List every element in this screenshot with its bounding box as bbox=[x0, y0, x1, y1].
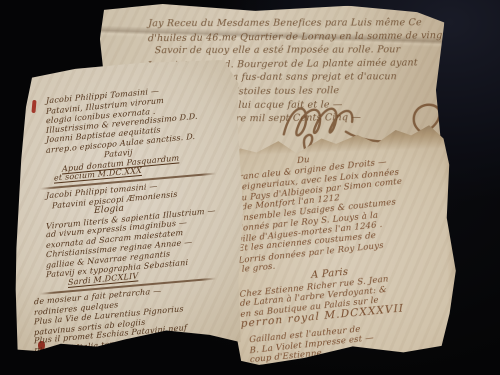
left-note-section-1630: Jacobi Philippi Tomasini —Patavini, Illu… bbox=[46, 80, 236, 185]
left-note-text-block: Jacobi Philippi Tomasini —Patavini, Illu… bbox=[46, 80, 236, 365]
right-note-document: Dufranc aleu & origine des Droits —Seign… bbox=[218, 122, 466, 366]
left-note-document: Jacobi Philippi Tomasini —Patavini, Illu… bbox=[8, 60, 248, 354]
right-note-text-block: Dufranc aleu & origine des Droits —Seign… bbox=[235, 142, 452, 367]
right-note-section-title: Dufranc aleu & origine des Droits —Seign… bbox=[235, 142, 448, 275]
red-wax-mark bbox=[31, 100, 36, 113]
photograph: Jay Receu du Mesdames Benefices para Lui… bbox=[0, 0, 500, 375]
left-note-section-1644: Jacobi Philippi tomasini —Patavini episc… bbox=[46, 175, 236, 290]
